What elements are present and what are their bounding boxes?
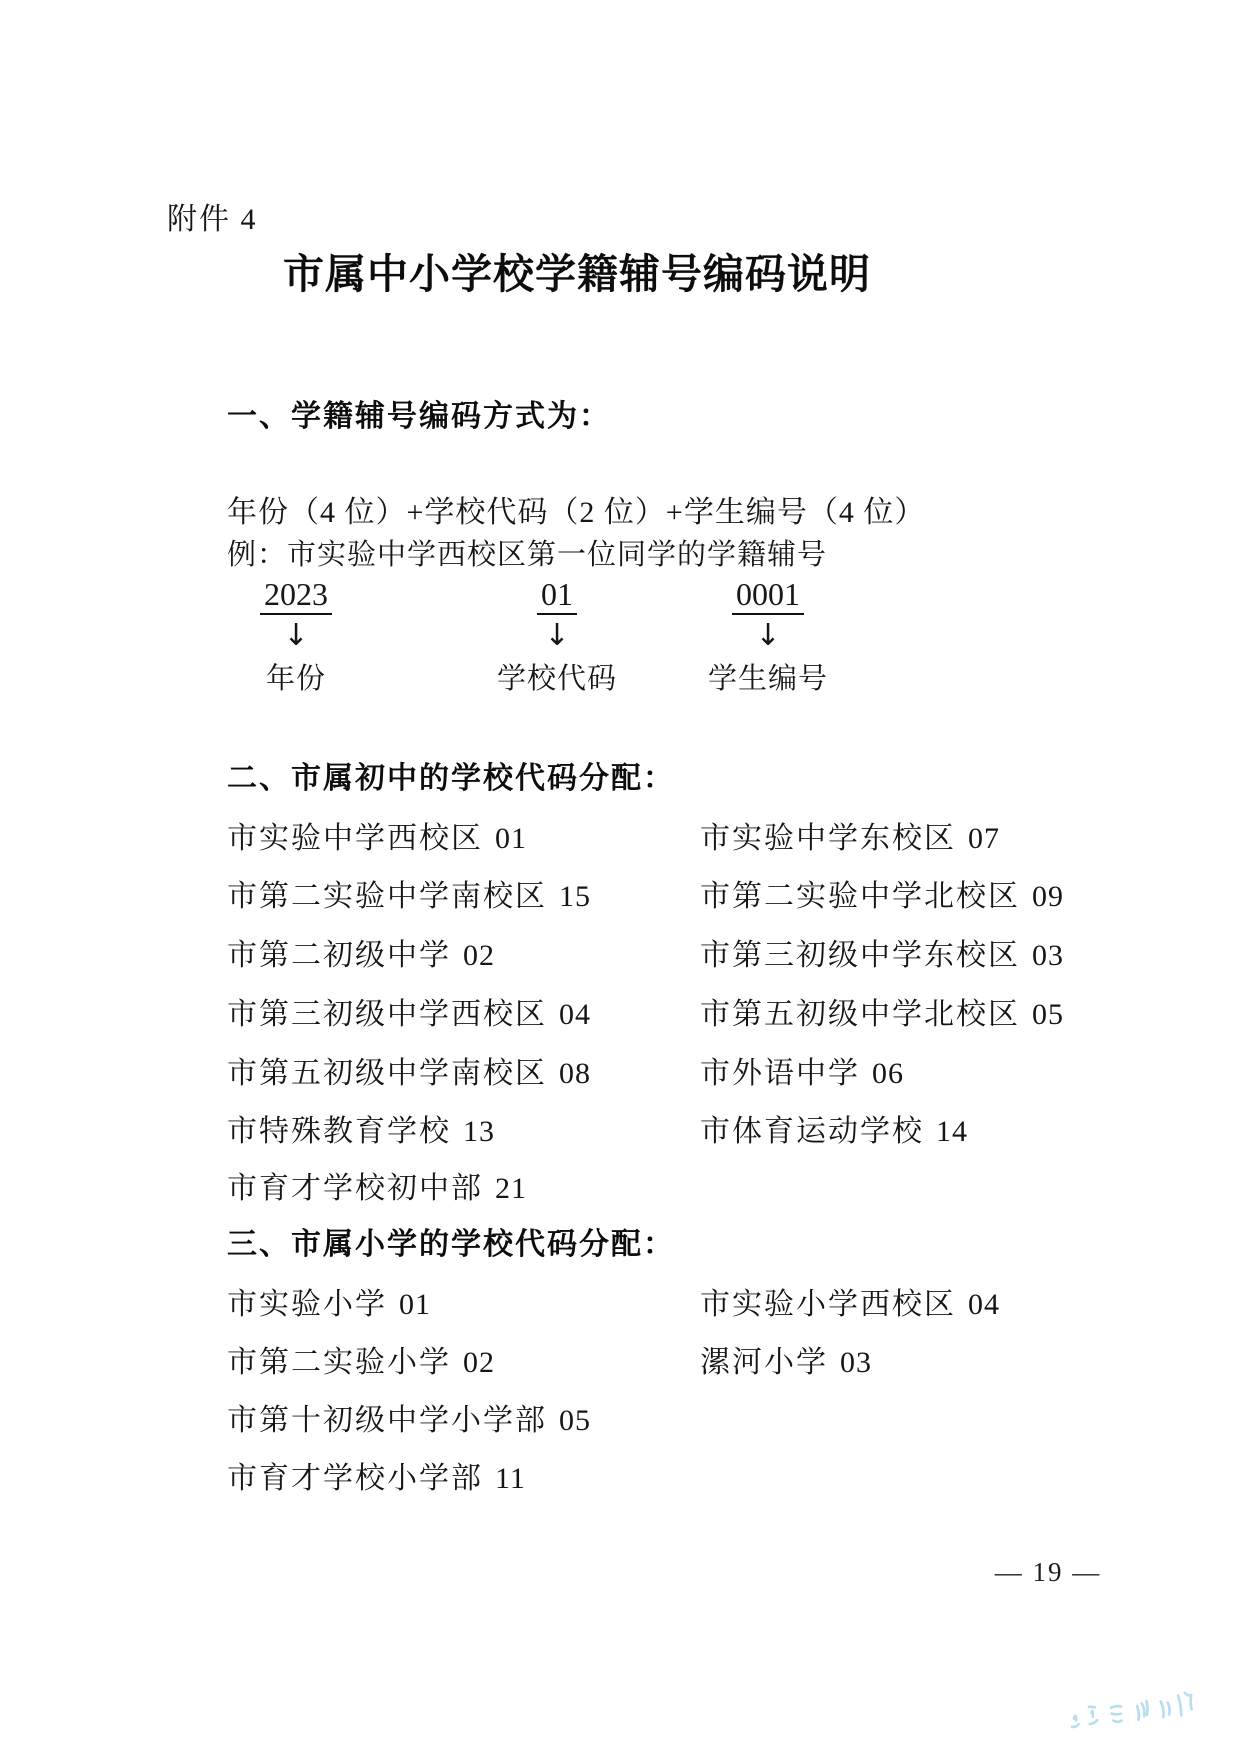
school-code-value: 01: [537, 578, 577, 615]
down-arrow-icon: ↓: [755, 621, 780, 651]
school-entry: 市第五初级中学北校区05: [700, 989, 1064, 1033]
school-entry: 市第二初级中学02: [227, 930, 495, 974]
page-number: — 19 —: [958, 1557, 1138, 1588]
school-code: 11: [495, 1462, 526, 1495]
school-name: 市实验小学西校区: [700, 1288, 956, 1321]
school-name: 市第二实验中学南校区: [227, 880, 547, 913]
section-three-heading: 三、市属小学的学校代码分配：: [227, 1219, 675, 1263]
school-entry: 市育才学校小学部11: [227, 1453, 526, 1497]
school-code: 05: [1032, 998, 1064, 1031]
school-name: 市第三初级中学东校区: [700, 939, 1020, 972]
school-entry: 市育才学校初中部21: [227, 1163, 527, 1207]
school-row: 市实验小学01 市实验小学西校区04: [227, 1279, 1127, 1313]
coding-formula-line: 年份（4 位）+学校代码（2 位）+学生编号（4 位）: [227, 487, 925, 531]
school-name: 市育才学校初中部: [227, 1172, 483, 1205]
school-row: 市实验中学西校区01 市实验中学东校区07: [227, 813, 1127, 847]
school-code: 05: [559, 1404, 591, 1437]
school-name: 市第二实验小学: [227, 1346, 451, 1379]
school-entry: 市特殊教育学校13: [227, 1106, 495, 1150]
school-name: 市育才学校小学部: [227, 1462, 483, 1495]
school-entry: 市第三初级中学东校区03: [700, 930, 1064, 974]
school-entry: 市第二实验中学南校区15: [227, 871, 591, 915]
school-name: 市第五初级中学南校区: [227, 1057, 547, 1090]
school-name: 市第三初级中学西校区: [227, 998, 547, 1031]
down-arrow-icon: ↓: [283, 621, 308, 651]
school-row: 市第二初级中学02 市第三初级中学东校区03: [227, 930, 1127, 964]
school-code: 07: [968, 822, 1000, 855]
school-name: 市第二实验中学北校区: [700, 880, 1020, 913]
school-entry: 市体育运动学校14: [700, 1106, 968, 1150]
school-name: 市实验中学西校区: [227, 822, 483, 855]
school-name: 市第十初级中学小学部: [227, 1404, 547, 1437]
school-entry: 市外语中学06: [700, 1048, 904, 1092]
school-name: 市外语中学: [700, 1057, 860, 1090]
student-number-label: 学生编号: [708, 656, 828, 697]
school-name: 市实验中学东校区: [700, 822, 956, 855]
document-page: 附件 4 市属中小学校学籍辅号编码说明 一、学籍辅号编码方式为： 年份（4 位）…: [0, 0, 1240, 1754]
school-code: 13: [463, 1115, 495, 1148]
school-code: 03: [1032, 939, 1064, 972]
school-name: 市实验小学: [227, 1288, 387, 1321]
school-code: 03: [840, 1346, 872, 1379]
school-name: 市特殊教育学校: [227, 1115, 451, 1148]
student-number-value: 0001: [732, 578, 804, 615]
school-entry: 市实验小学西校区04: [700, 1279, 1000, 1323]
school-entry: 市实验小学01: [227, 1279, 431, 1323]
school-name: 漯河小学: [700, 1346, 828, 1379]
school-code: 14: [936, 1115, 968, 1148]
section-two-heading: 二、市属初中的学校代码分配：: [227, 753, 675, 797]
school-entry: 市实验中学西校区01: [227, 813, 527, 857]
school-code: 15: [559, 880, 591, 913]
school-row: 市第五初级中学南校区08 市外语中学06: [227, 1048, 1127, 1082]
year-value: 2023: [260, 578, 332, 615]
school-code: 04: [968, 1288, 1000, 1321]
breakdown-column-school-code: 01 ↓ 学校代码: [472, 578, 642, 697]
school-row: 市第三初级中学西校区04 市第五初级中学北校区05: [227, 989, 1127, 1023]
attachment-label: 附件 4: [167, 194, 258, 238]
school-row: 市特殊教育学校13 市体育运动学校14: [227, 1106, 1127, 1140]
page-title: 市属中小学校学籍辅号编码说明: [165, 241, 989, 300]
school-entry: 市实验中学东校区07: [700, 813, 1000, 857]
school-entry: 漯河小学03: [700, 1337, 872, 1381]
school-row: 市第十初级中学小学部05: [227, 1395, 1127, 1429]
example-line: 例：市实验中学西校区第一位同学的学籍辅号: [227, 532, 827, 573]
breakdown-column-year: 2023 ↓ 年份: [211, 578, 381, 697]
section-one-heading: 一、学籍辅号编码方式为：: [227, 391, 611, 435]
school-entry: 市第三初级中学西校区04: [227, 989, 591, 1033]
school-code: 21: [495, 1172, 527, 1205]
school-code: 02: [463, 1346, 495, 1379]
watermark-scribble: [1066, 1685, 1208, 1746]
year-label: 年份: [266, 656, 326, 697]
school-entry: 市第二实验小学02: [227, 1337, 495, 1381]
school-name: 市第二初级中学: [227, 939, 451, 972]
school-name: 市体育运动学校: [700, 1115, 924, 1148]
school-code: 08: [559, 1057, 591, 1090]
school-code-label: 学校代码: [497, 656, 617, 697]
school-entry: 市第十初级中学小学部05: [227, 1395, 591, 1439]
watermark-scribble-svg: [1066, 1685, 1208, 1741]
school-code: 01: [495, 822, 527, 855]
school-row: 市育才学校初中部21: [227, 1163, 1127, 1197]
down-arrow-icon: ↓: [544, 621, 569, 651]
school-row: 市第二实验中学南校区15 市第二实验中学北校区09: [227, 871, 1127, 905]
school-code: 01: [399, 1288, 431, 1321]
breakdown-column-student-number: 0001 ↓ 学生编号: [683, 578, 853, 697]
school-row: 市第二实验小学02 漯河小学03: [227, 1337, 1127, 1371]
school-code: 04: [559, 998, 591, 1031]
school-code: 02: [463, 939, 495, 972]
school-entry: 市第五初级中学南校区08: [227, 1048, 591, 1092]
school-name: 市第五初级中学北校区: [700, 998, 1020, 1031]
school-code: 09: [1032, 880, 1064, 913]
school-entry: 市第二实验中学北校区09: [700, 871, 1064, 915]
school-code: 06: [872, 1057, 904, 1090]
school-row: 市育才学校小学部11: [227, 1453, 1127, 1487]
